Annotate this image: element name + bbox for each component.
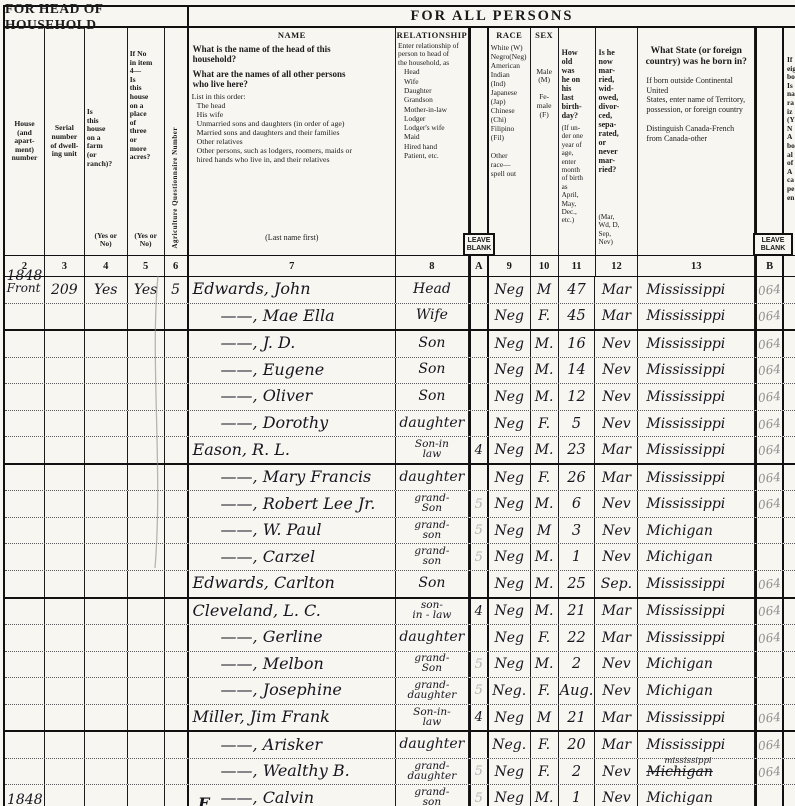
cell-age: 6: [559, 491, 596, 517]
cell-cut-off: [784, 599, 795, 625]
sex-value: M.: [535, 442, 554, 458]
leave-blank-b-value: 064: [757, 576, 781, 592]
cell-birthplace: Mississippi: [638, 384, 755, 410]
cell-cut-off: [784, 437, 795, 463]
sex-value: M: [537, 282, 551, 298]
cell-house-number: [5, 652, 45, 678]
birthplace-value: Mississippi: [646, 282, 725, 298]
cell-sex: M.: [531, 599, 559, 625]
marital-status-value: Nev: [602, 389, 630, 405]
race-value: Neg: [494, 630, 524, 646]
cell-acres: [128, 491, 165, 517]
leave-blank-a-value: 4: [475, 710, 483, 725]
race-value: Neg: [494, 470, 524, 486]
marital-status-value: Mar: [602, 308, 631, 324]
marital-status-value: Mar: [602, 737, 631, 753]
cell-house-number: [5, 384, 45, 410]
person-name: Edwards, Carlton: [193, 573, 335, 592]
cell-name: ——, Mary Francis: [189, 465, 396, 491]
cell-relationship: Son: [396, 384, 469, 410]
cell-serial-number: [45, 544, 85, 570]
cell-farm: [85, 732, 128, 758]
person-name: ——, Eugene: [193, 360, 325, 379]
cell-relationship: daughter: [396, 625, 469, 651]
sex-value: F.: [538, 470, 550, 486]
cell-leave-blank-b: 064: [755, 277, 784, 303]
cell-acres: [128, 304, 165, 330]
column-number-7: 7: [189, 256, 396, 276]
cell-relationship: grand-Son: [396, 652, 469, 678]
cell-relationship: Son-in-law: [396, 705, 469, 731]
house-number-entry: 1848Front: [7, 270, 43, 294]
person-name: Cleveland, L. C.: [193, 601, 321, 620]
relationship-value: grand-daughter: [408, 761, 457, 781]
cell-agriculture-number: [165, 732, 189, 758]
person-name: ——, Dorothy: [193, 413, 329, 432]
person-name: ——, J. D.: [193, 333, 296, 352]
table-row: ——, Carzelgrand-son5NegM.1NevMichigan: [5, 544, 795, 571]
cell-serial-number: 209: [45, 277, 85, 303]
birthplace-value: Mississippi: [646, 576, 725, 592]
cell-race: Neg: [489, 411, 531, 437]
cell-leave-blank-b: 064: [755, 625, 784, 651]
leave-blank-b-value: 064: [757, 763, 781, 779]
cell-acres: [128, 411, 165, 437]
cell-name: ——, J. D.: [189, 331, 396, 357]
cell-marital-status: Mar: [595, 304, 638, 330]
birthplace-value: Michigan: [646, 523, 712, 539]
age-value: 1: [572, 549, 581, 565]
cell-house-number: [5, 705, 45, 731]
cell-cut-off: [784, 732, 795, 758]
cell-age: 22: [559, 625, 596, 651]
cell-agriculture-number: [165, 304, 189, 330]
cell-farm: [85, 304, 128, 330]
table-row: ——, Melbongrand-Son5NegM.2NevMichigan: [5, 652, 795, 679]
column-number-b: B: [755, 256, 784, 276]
cell-house-number: [5, 678, 45, 704]
sex-value: M.: [535, 496, 554, 512]
cell-leave-blank-b: 064: [755, 705, 784, 731]
cell-leave-blank-a: 5: [469, 518, 489, 544]
cell-leave-blank-a: [469, 304, 489, 330]
cell-leave-blank-b: [755, 785, 784, 806]
age-value: 2: [572, 656, 581, 672]
leave-blank-b-value: 064: [757, 336, 781, 352]
cell-acres: [128, 437, 165, 463]
person-name: ——, Mary Francis: [193, 467, 372, 486]
cell-birthplace: Mississippi: [638, 331, 755, 357]
person-name: ——, Arisker: [193, 735, 323, 754]
cell-serial-number: [45, 705, 85, 731]
age-value: 1: [572, 790, 581, 806]
cell-serial-number: [45, 518, 85, 544]
table-row: 1848Front209YesYes5Edwards, JohnHeadNegM…: [5, 277, 795, 304]
table-row: ——, GerlinedaughterNegF.22MarMississippi…: [5, 625, 795, 652]
cell-relationship: daughter: [396, 465, 469, 491]
relationship-value: grand-son: [414, 520, 449, 540]
cell-marital-status: Nev: [595, 518, 638, 544]
race-value: Neg: [494, 336, 524, 352]
age-value: 23: [567, 442, 585, 458]
relationship-value: Wife: [416, 307, 448, 323]
section-title-head-of-household: FOR HEAD OF HOUSEHOLD: [5, 7, 189, 26]
marital-status-value: Nev: [602, 496, 630, 512]
column-number-10: 10: [531, 256, 559, 276]
cell-house-number: [5, 732, 45, 758]
cell-farm: [85, 652, 128, 678]
cell-marital-status: Nev: [595, 678, 638, 704]
age-value: 21: [567, 710, 585, 726]
cell-cut-off: [784, 465, 795, 491]
cell-acres: [128, 544, 165, 570]
cell-farm: [85, 491, 128, 517]
column-header-three-acres: If No in item 4— Is this house on a plac…: [128, 28, 165, 255]
race-value: Neg: [494, 549, 524, 565]
cell-marital-status: Mar: [595, 705, 638, 731]
cell-agriculture-number: [165, 625, 189, 651]
leave-blank-b-box: LEAVE BLANK: [753, 233, 793, 256]
cell-agriculture-number: [165, 678, 189, 704]
marital-status-value: Nev: [602, 790, 630, 806]
cell-age: 26: [559, 465, 596, 491]
column-number-6: 6: [165, 256, 189, 276]
relationship-value: daughter: [399, 469, 464, 485]
cell-serial-number: [45, 411, 85, 437]
cell-leave-blank-b: [755, 518, 784, 544]
age-value: 20: [567, 737, 585, 753]
table-row: ——, Robert Lee Jr.grand-Son5NegM.6NevMis…: [5, 491, 795, 518]
sex-value: M.: [535, 336, 554, 352]
relationship-value: daughter: [399, 736, 464, 752]
column-number-13: 13: [638, 256, 755, 276]
cell-name: ——, Josephine: [189, 678, 396, 704]
person-name: ——, Oliver: [193, 386, 313, 405]
table-row: Edwards, CarltonSonNegM.25Sep.Mississipp…: [5, 571, 795, 599]
cell-race: Neg: [489, 384, 531, 410]
agriculture-number-value: 5: [171, 282, 180, 298]
table-row: Eason, R. L.Son-inlaw4NegM.23MarMississi…: [5, 437, 795, 465]
column-number-4: 4: [85, 256, 128, 276]
leave-blank-a-pencil-value: 5: [475, 657, 483, 672]
cell-relationship: daughter: [396, 732, 469, 758]
cell-relationship: grand-Son: [396, 491, 469, 517]
column-number-3: 3: [45, 256, 85, 276]
table-row: ——, OliverSonNegM.12NevMississippi064: [5, 384, 795, 411]
cell-agriculture-number: [165, 652, 189, 678]
person-name: ——, Gerline: [193, 627, 323, 646]
person-name: ——, Robert Lee Jr.: [193, 494, 376, 513]
column-number-5: 5: [128, 256, 165, 276]
cell-agriculture-number: [165, 331, 189, 357]
cell-birthplace: Michigan: [638, 678, 755, 704]
sex-value: M: [537, 710, 551, 726]
cell-sex: M.: [531, 652, 559, 678]
cell-age: 1: [559, 785, 596, 806]
cell-leave-blank-a: [469, 625, 489, 651]
birthplace-value: Mississippi: [646, 603, 725, 619]
cell-leave-blank-a: 4: [469, 599, 489, 625]
cell-leave-blank-b: 064: [755, 599, 784, 625]
cell-age: 20: [559, 732, 596, 758]
cell-acres: [128, 625, 165, 651]
cell-sex: M.: [531, 358, 559, 384]
sex-value: M.: [535, 790, 554, 806]
birthplace-value: Mississippi: [646, 470, 725, 486]
birthplace-entry: Michiganmississippi: [646, 763, 712, 781]
sex-value: F.: [538, 416, 550, 432]
cell-farm: [85, 599, 128, 625]
marital-status-value: Nev: [602, 549, 630, 565]
cell-race: Neg: [489, 518, 531, 544]
leave-blank-a-pencil-value: 5: [475, 764, 483, 779]
cell-serial-number: [45, 732, 85, 758]
cell-sex: M.: [531, 544, 559, 570]
cell-race: Neg: [489, 625, 531, 651]
cell-race: Neg: [489, 785, 531, 806]
relationship-value: Son-inlaw: [415, 439, 449, 459]
cell-farm: [85, 785, 128, 806]
cell-acres: [128, 705, 165, 731]
cell-serial-number: [45, 304, 85, 330]
cell-age: 1: [559, 544, 596, 570]
race-value: Neg: [494, 523, 524, 539]
race-value: Neg: [494, 603, 524, 619]
cell-age: 14: [559, 358, 596, 384]
cell-birthplace: Michigan: [638, 518, 755, 544]
table-row: Cleveland, L. C.son-in - law4NegM.21MarM…: [5, 599, 795, 626]
cell-name: ——, Mae Ella: [189, 304, 396, 330]
leave-blank-a-pencil-value: 5: [475, 791, 483, 806]
person-name: Miller, Jim Frank: [193, 707, 330, 726]
cell-marital-status: Mar: [595, 732, 638, 758]
race-value: Neg: [494, 308, 524, 324]
column-header-sex: SEX Male (M) Fe- male (F): [531, 28, 559, 255]
cell-marital-status: Mar: [595, 277, 638, 303]
cell-birthplace: Mississippi: [638, 732, 755, 758]
cell-farm: [85, 437, 128, 463]
column-header-house-number: House (and apart- ment) number: [5, 28, 45, 255]
column-number-12: 12: [596, 256, 639, 276]
cell-birthplace: Michiganmississippi: [638, 759, 755, 785]
cell-cut-off: [784, 491, 795, 517]
marital-status-value: Nev: [602, 764, 630, 780]
cell-farm: [85, 678, 128, 704]
cell-name: ——, Calvin: [189, 785, 396, 806]
cell-age: 23: [559, 437, 596, 463]
census-sheet: FOR HEAD OF HOUSEHOLD FOR ALL PERSONS Ho…: [0, 0, 795, 806]
birthplace-value: Mississippi: [646, 737, 725, 753]
sex-value: F.: [538, 764, 550, 780]
leave-blank-b-value: 064: [757, 389, 781, 405]
cell-age: 12: [559, 384, 596, 410]
person-name: ——, Wealthy B.: [193, 761, 350, 780]
cell-cut-off: [784, 652, 795, 678]
cell-leave-blank-a: 5: [469, 678, 489, 704]
cell-name: ——, Dorothy: [189, 411, 396, 437]
cell-leave-blank-a: [469, 411, 489, 437]
leave-blank-b-value: 064: [757, 709, 781, 725]
age-value: 45: [567, 308, 585, 324]
cell-relationship: Son: [396, 331, 469, 357]
age-value: 16: [567, 336, 585, 352]
cell-serial-number: [45, 652, 85, 678]
cell-cut-off: [784, 384, 795, 410]
acres-value: Yes: [134, 282, 158, 298]
table-row: ——, Mary FrancisdaughterNegF.26MarMissis…: [5, 465, 795, 492]
cell-agriculture-number: [165, 384, 189, 410]
leave-blank-a-pencil-value: 5: [475, 523, 483, 538]
census-form: FOR HEAD OF HOUSEHOLD FOR ALL PERSONS Ho…: [3, 5, 795, 806]
sex-value: M.: [535, 549, 554, 565]
cell-agriculture-number: [165, 785, 189, 806]
cell-name: ——, Arisker: [189, 732, 396, 758]
person-name: ——, Josephine: [193, 680, 342, 699]
cell-farm: [85, 625, 128, 651]
column-number-cut: [784, 256, 795, 276]
cell-farm: [85, 759, 128, 785]
table-row: ——, DorothydaughterNegF.5NevMississippi0…: [5, 411, 795, 438]
race-value: Neg: [494, 442, 524, 458]
column-header-leave-blank-a: [469, 28, 489, 255]
cell-sex: F.: [531, 465, 559, 491]
cell-leave-blank-a: 4: [469, 705, 489, 731]
relationship-value: Son: [418, 361, 445, 377]
cell-acres: [128, 759, 165, 785]
cell-agriculture-number: [165, 411, 189, 437]
person-name: ——, W. Paul: [193, 520, 322, 539]
cell-acres: [128, 732, 165, 758]
table-row: ——, Calvingrand-son5NegM.1NevMichigan: [5, 785, 795, 806]
birthplace-value: Michigan: [646, 683, 712, 699]
cell-marital-status: Nev: [595, 358, 638, 384]
cell-birthplace: Mississippi: [638, 277, 755, 303]
cell-acres: [128, 384, 165, 410]
cell-birthplace: Mississippi: [638, 358, 755, 384]
leave-blank-a-pencil-value: 5: [475, 497, 483, 512]
relationship-value: Son-in-law: [413, 707, 451, 727]
section-title-all-persons: FOR ALL PERSONS: [189, 7, 795, 26]
birthplace-value: Mississippi: [646, 389, 725, 405]
relationship-value: Son: [418, 388, 445, 404]
cell-leave-blank-a: [469, 331, 489, 357]
cell-leave-blank-b: 064: [755, 759, 784, 785]
cell-leave-blank-a: [469, 358, 489, 384]
marital-status-value: Mar: [602, 710, 631, 726]
cell-race: Neg: [489, 571, 531, 597]
birthplace-correction-value: mississippi: [664, 756, 711, 766]
cell-race: Neg: [489, 705, 531, 731]
cell-race: Neg: [489, 652, 531, 678]
cell-race: Neg: [489, 304, 531, 330]
cell-name: ——, Wealthy B.: [189, 759, 396, 785]
cell-serial-number: [45, 331, 85, 357]
leave-blank-a-pencil-value: 5: [475, 550, 483, 565]
leave-blank-b-value: 064: [757, 282, 781, 298]
person-name: ——, Calvin: [193, 788, 315, 806]
birthplace-value: Mississippi: [646, 630, 725, 646]
column-header-race: RACE White (W) Negro(Neg) American India…: [489, 28, 531, 255]
table-row: Miller, Jim FrankSon-in-law4NegM21MarMis…: [5, 705, 795, 733]
cell-name: Eason, R. L.: [189, 437, 396, 463]
cell-acres: [128, 518, 165, 544]
cell-sex: F.: [531, 759, 559, 785]
cell-leave-blank-b: 064: [755, 411, 784, 437]
column-header-birthplace: What State (or foreign country) was he b…: [638, 28, 755, 255]
cell-marital-status: Nev: [595, 331, 638, 357]
house-number-value: 1848: [7, 270, 43, 282]
cell-age: 2: [559, 759, 596, 785]
cell-serial-number: [45, 678, 85, 704]
cell-farm: [85, 384, 128, 410]
marital-status-value: Nev: [602, 683, 630, 699]
cell-agriculture-number: [165, 465, 189, 491]
sex-value: F.: [538, 630, 550, 646]
table-row: ——, W. Paulgrand-son5NegM3NevMichigan: [5, 518, 795, 545]
cell-acres: Yes: [128, 277, 165, 303]
cell-relationship: Wife: [396, 304, 469, 330]
cell-sex: M.: [531, 331, 559, 357]
cell-leave-blank-a: [469, 465, 489, 491]
cell-acres: [128, 331, 165, 357]
leave-blank-b-value: 064: [757, 308, 781, 324]
birthplace-value: Mississippi: [646, 336, 725, 352]
cell-leave-blank-a: 5: [469, 759, 489, 785]
cell-name: ——, Robert Lee Jr.: [189, 491, 396, 517]
cell-birthplace: Mississippi: [638, 437, 755, 463]
cell-cut-off: [784, 625, 795, 651]
cell-sex: M: [531, 277, 559, 303]
cell-relationship: grand-son: [396, 544, 469, 570]
marital-status-value: Nev: [602, 416, 630, 432]
column-header-cut-off: If eig bo Is na ra iz (Y N A bo al of A …: [784, 28, 795, 255]
birthplace-value: Mississippi: [646, 416, 725, 432]
marital-status-value: Mar: [602, 603, 631, 619]
sex-value: F.: [538, 683, 550, 699]
cell-serial-number: [45, 785, 85, 806]
cell-leave-blank-a: [469, 384, 489, 410]
cell-house-number: [5, 625, 45, 651]
column-header-leave-blank-b: [755, 28, 784, 255]
cell-age: 3: [559, 518, 596, 544]
birthplace-value: Mississippi: [646, 308, 725, 324]
race-value: Neg: [494, 710, 524, 726]
cell-birthplace: Mississippi: [638, 491, 755, 517]
cell-birthplace: Mississippi: [638, 304, 755, 330]
cell-age: 2: [559, 652, 596, 678]
cell-acres: [128, 571, 165, 597]
cell-marital-status: Nev: [595, 491, 638, 517]
age-value: 25: [567, 576, 585, 592]
cell-leave-blank-b: 064: [755, 358, 784, 384]
cell-cut-off: [784, 759, 795, 785]
cell-sex: F.: [531, 625, 559, 651]
cell-house-number: [5, 544, 45, 570]
race-value: Neg: [494, 416, 524, 432]
cell-sex: M.: [531, 437, 559, 463]
cell-leave-blank-a: [469, 571, 489, 597]
cell-relationship: grand-daughter: [396, 678, 469, 704]
cell-race: Neg: [489, 331, 531, 357]
cell-birthplace: Michigan: [638, 785, 755, 806]
cell-race: Neg.: [489, 678, 531, 704]
cell-farm: [85, 411, 128, 437]
relationship-value: daughter: [399, 629, 464, 645]
sex-value: M.: [535, 603, 554, 619]
cell-race: Neg: [489, 437, 531, 463]
cell-age: 25: [559, 571, 596, 597]
cell-race: Neg: [489, 277, 531, 303]
